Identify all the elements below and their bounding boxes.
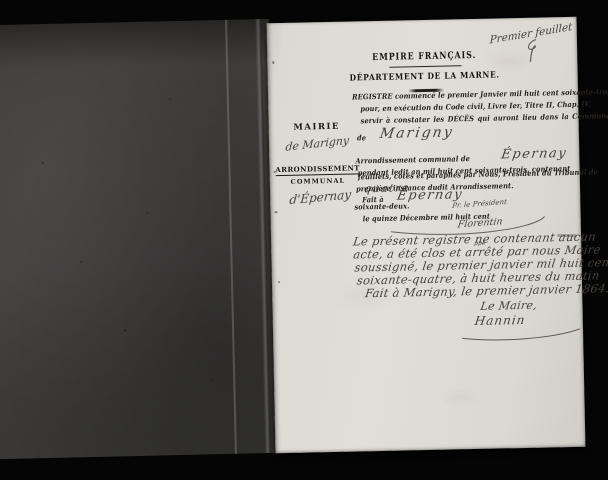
issuance-date-text-2: soixante-deux. (354, 201, 409, 211)
mairie-commune-name: de Marigny (285, 134, 350, 154)
title-rule (389, 65, 461, 68)
page-subtitle: DÉPARTEMENT DE LA MARNE. (288, 69, 561, 85)
arrondissement-label: ARRONDISSEMENT (272, 163, 364, 174)
ink-smudge (557, 234, 577, 237)
register-paragraph: REGISTRE commencé le premier Janvier mil… (352, 88, 570, 93)
scanned-register-image: Premier feuillet EMPIRE FRANÇAIS. DÉPART… (0, 0, 608, 480)
president-for-line: Pr. le Président (426, 190, 532, 211)
ink-speck (278, 281, 280, 283)
ink-speck (272, 61, 274, 64)
arrondissement-place-name: d'Épernay (289, 187, 352, 207)
mayor-signature-flourish (459, 326, 583, 343)
register-line-4: de Marigny (357, 123, 454, 144)
register-line-3: servir à constater les DÉCÈS qui auront … (361, 111, 608, 125)
commune-name-handwritten: Marigny (379, 124, 455, 142)
register-title-page: Premier feuillet EMPIRE FRANÇAIS. DÉPART… (267, 17, 586, 453)
page-edge-line (225, 20, 237, 454)
commune-lead-word: de (357, 133, 366, 142)
ink-speck (274, 171, 276, 173)
ink-speck (274, 211, 277, 213)
closing-role: Le Maire, (480, 299, 538, 313)
page-title: EMPIRE FRANÇAIS. (297, 48, 551, 64)
register-binding-cover (0, 19, 279, 459)
mayor-signature: Hannin (474, 313, 527, 328)
